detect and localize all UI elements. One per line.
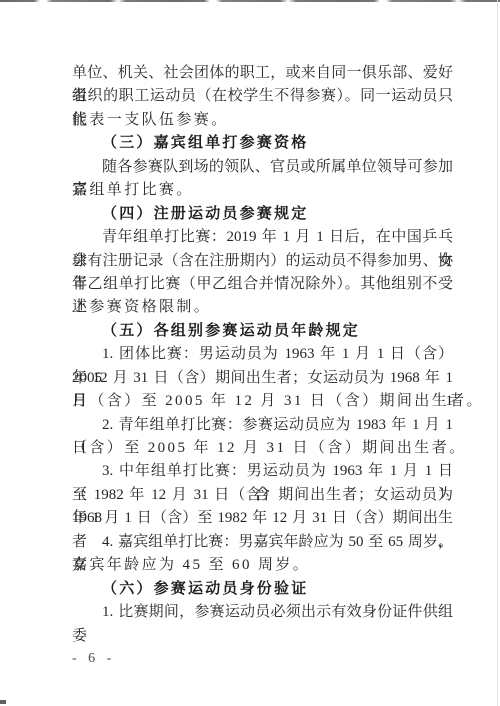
body-line: 会有注册记录（含在注册期内）的运动员不得参加男、女青 bbox=[72, 250, 453, 273]
section-heading: （五）各组别参赛运动员年龄规定 bbox=[72, 320, 453, 343]
body-line: 单位、机关、社会团体的职工，或来自同一俱乐部、爱好者 bbox=[72, 62, 453, 85]
section-heading: （六）参赛运动员身份验证 bbox=[72, 578, 453, 601]
body-line: 宾组单打比赛。 bbox=[72, 179, 453, 202]
section-heading: （四）注册运动员参赛规定 bbox=[72, 203, 453, 226]
body-line: 述参赛资格限制。 bbox=[72, 296, 453, 319]
scanned-document-page: 单位、机关、社会团体的职工，或来自同一俱乐部、爱好者 组织的职工运动员（在校学生… bbox=[0, 0, 500, 706]
body-line: 日（含）至 2005 年 12 月 31 日（含）期间出生者。 bbox=[72, 390, 453, 413]
body-line: 4. 嘉宾组单打比赛：男嘉宾年龄应为 50 至 65 周岁，女 bbox=[72, 531, 453, 554]
section-heading: （三）嘉宾组单打参赛资格 bbox=[72, 132, 453, 155]
body-line: 年 1 月 1 日（含）至 1982 年 12 月 31 日（含）期间出生者。 bbox=[72, 507, 453, 530]
body-line: 年乙组单打比赛（甲乙组合并情况除外）。其他组别不受上 bbox=[72, 273, 453, 296]
body-line: 1. 比赛期间，参赛运动员必须出示有效身份证件供组委 bbox=[72, 601, 453, 624]
body-line: 至 1982 年 12 月 31 日（含）期间出生者；女运动员为 1968 bbox=[72, 484, 453, 507]
body-line: 年 12 月 31 日（含）期间出生者；女运动员为 1968 年 1 月 1 bbox=[72, 367, 453, 390]
body-line: 1. 团体比赛：男运动员为 1963 年 1 月 1 日（含）2005 bbox=[72, 343, 453, 366]
body-line: （含）至 2005 年 12 月 31 日（含）期间出生者。 bbox=[72, 437, 453, 460]
body-line: 随各参赛队到场的领队、官员或所属单位领导可参加嘉 bbox=[72, 156, 453, 179]
body-line: 嘉宾年龄应为 45 至 60 周岁。 bbox=[72, 554, 453, 577]
body-line: 青年组单打比赛：2019 年 1 月 1 日后，在中国乒乓球协 bbox=[72, 226, 453, 249]
body-line: 代表一支队伍参赛。 bbox=[72, 109, 453, 132]
body-line: 组织的职工运动员（在校学生不得参赛）。同一运动员只能 bbox=[72, 85, 453, 108]
scan-speck-artifact bbox=[0, 700, 6, 704]
scan-edge-top-artifact bbox=[0, 0, 500, 2]
page-number: - 6 - bbox=[72, 651, 115, 667]
document-body: 单位、机关、社会团体的职工，或来自同一俱乐部、爱好者 组织的职工运动员（在校学生… bbox=[72, 62, 453, 625]
body-line: 2. 青年组单打比赛：参赛运动员应为 1983 年 1 月 1 日 bbox=[72, 414, 453, 437]
scan-edge-right-artifact bbox=[497, 0, 498, 706]
body-line: 3. 中年组单打比赛：男运动员为 1963 年 1 月 1 日（含） bbox=[72, 460, 453, 483]
